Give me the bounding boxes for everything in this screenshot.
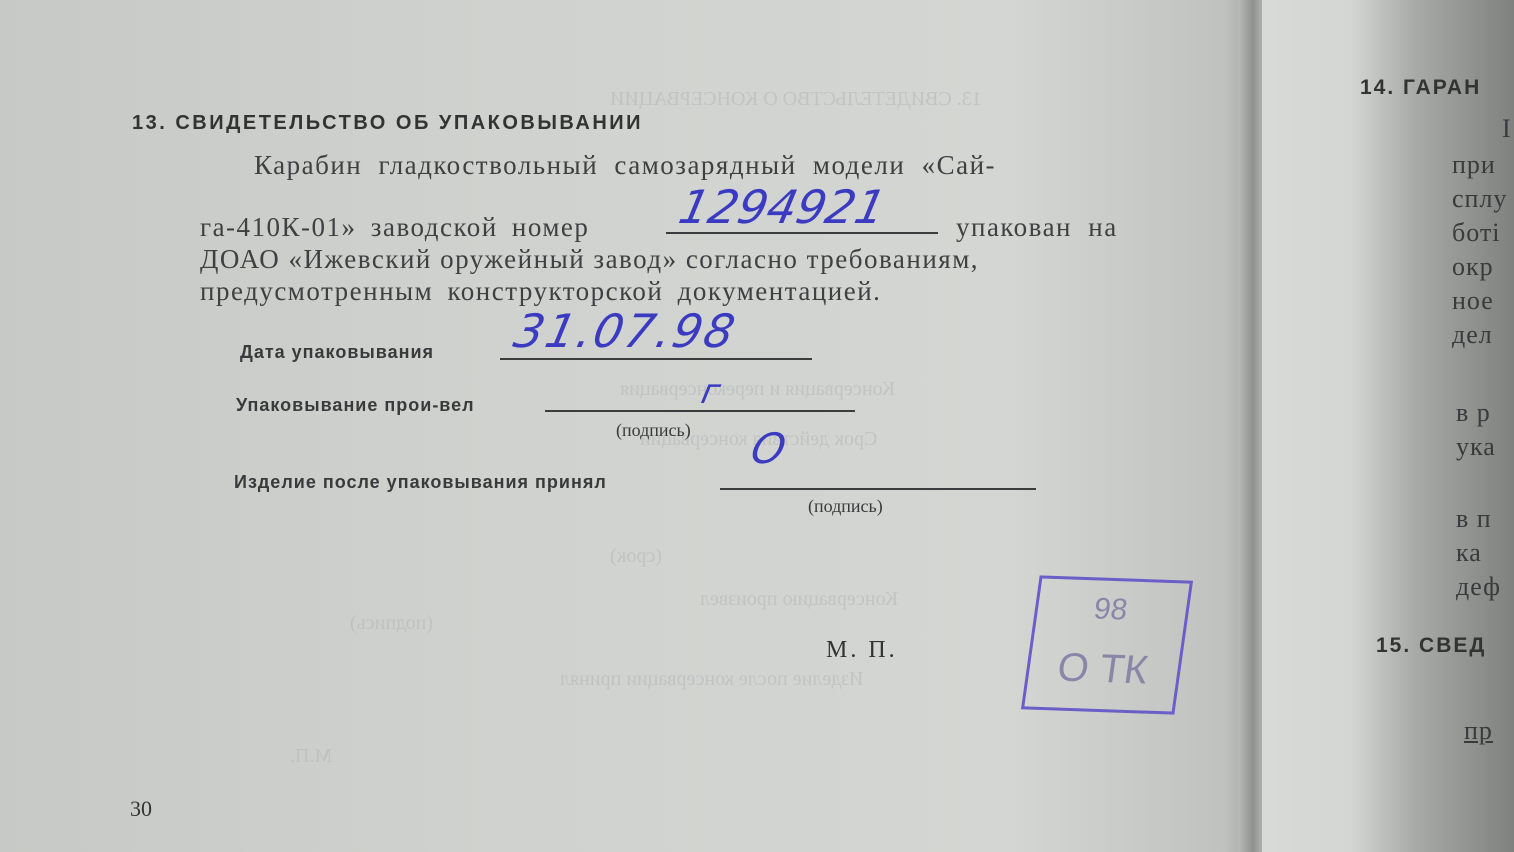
packing-date-field [500, 358, 812, 360]
signature-caption: (подпись) [808, 496, 883, 517]
right-line: при [1452, 150, 1496, 180]
bleed-through-line: (срок) [610, 545, 662, 568]
right-line: ное [1452, 286, 1494, 316]
right-line: сплу [1452, 184, 1507, 214]
right-line: в п [1456, 504, 1492, 534]
right-page: 14. ГАРАН І при сплу боті окр ное дел в … [1262, 0, 1514, 852]
otk-stamp: 98 О ТК [1021, 575, 1193, 714]
body-line-1: Карабин гладкоствольный самозарядный мод… [254, 150, 996, 181]
bleed-through-line: (подпись) [350, 612, 433, 635]
bleed-through-line: Изделие после консервации принял [560, 668, 863, 691]
body-line-5: предусмотренным конструкторской документ… [200, 276, 881, 307]
right-line: ка [1456, 538, 1482, 568]
bleed-through-heading: 13. СВИДЕТЕЛЬСТВО О КОНСЕРВАЦИИ [610, 88, 982, 111]
serial-number-handwritten: 1294921 [674, 180, 890, 234]
seal-label: М. П. [826, 637, 898, 664]
right-line: боті [1452, 218, 1500, 248]
bleed-through-line: Консервация и переконсервация [620, 378, 895, 401]
left-page: 13. СВИДЕТЕЛЬСТВО О КОНСЕРВАЦИИ Консерва… [0, 0, 1262, 852]
signature-caption: (подпись) [616, 420, 691, 441]
right-line: деф [1456, 572, 1501, 602]
stamp-year: 98 [1092, 592, 1130, 627]
right-line: дел [1452, 320, 1493, 350]
packing-date-handwritten: 31.07.98 [509, 304, 741, 358]
accepted-by-label: Изделие после упаковывания принял [234, 472, 607, 493]
body-line-4: ДОАО «Ижевский оружейный завод» согласно… [200, 244, 979, 275]
body-line-3: упакован на [956, 212, 1118, 243]
packed-by-label: Упаковывание прои-вел [236, 395, 475, 416]
section-heading: 13. СВИДЕТЕЛЬСТВО ОБ УПАКОВЫВАНИИ [132, 112, 643, 135]
body-line-2: га-410К-01» заводской номер [200, 212, 589, 243]
bleed-through-line: Консервацию произвел [700, 588, 898, 611]
right-line: І [1502, 114, 1512, 144]
packing-date-label: Дата упаковывания [240, 342, 434, 363]
section-heading-15: 15. СВЕД [1376, 634, 1486, 658]
right-line: в р [1456, 398, 1491, 428]
section-heading-14: 14. ГАРАН [1360, 76, 1481, 100]
right-line: окр [1452, 252, 1494, 282]
right-line: пр [1464, 716, 1493, 746]
stamp-text: О ТК [1055, 645, 1151, 693]
bleed-through-line: М.П. [290, 745, 332, 768]
right-line: ука [1456, 432, 1496, 462]
accepted-by-signature-field [720, 488, 1036, 490]
page-number: 30 [130, 796, 152, 822]
